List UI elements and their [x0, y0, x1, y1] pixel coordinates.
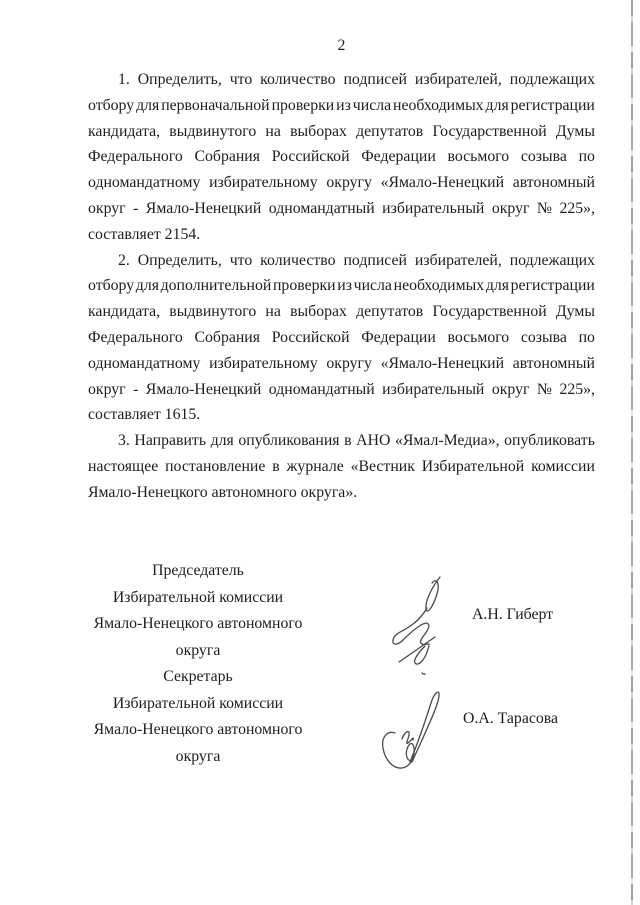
chairman-name: А.Н. Гиберт [472, 606, 553, 624]
text-line: 3.НаправитьдляопубликованиявАНО«Ямал-Мед… [88, 428, 595, 454]
paragraph-3: 3.НаправитьдляопубликованиявАНО«Ямал-Мед… [88, 428, 595, 505]
scanned-document-page: 2 1.Определить,чтоколичествоподписейизби… [0, 0, 640, 905]
text-line: одномандатномуизбирательномуокругу«Ямало… [88, 351, 595, 377]
paragraph-1: 1.Определить,чтоколичествоподписейизбира… [88, 67, 595, 248]
text-line: 2.Определить,чтоколичествоподписейизбира… [88, 248, 595, 274]
signature-title-line: Ямало-Ненецкого автономного округа [88, 611, 308, 664]
signature-title-line: Ямало-Ненецкого автономного округа [88, 717, 308, 770]
document-body: 1.Определить,чтоколичествоподписейизбира… [88, 67, 595, 506]
paragraph-2: 2.Определить,чтоколичествоподписейизбира… [88, 248, 595, 429]
page-number: 2 [88, 37, 595, 55]
text-line: ФедеральногоСобранияРоссийскойФедерациив… [88, 144, 595, 170]
text-line: округ-Ямало-Ненецкийодномандатныйизбират… [88, 377, 595, 403]
text-line: ФедеральногоСобранияРоссийскойФедерациив… [88, 325, 595, 351]
text-line: составляет 1615. [88, 402, 595, 428]
signature-title-line: Секретарь [88, 664, 308, 691]
signature-title-line: Избирательной комиссии [88, 585, 308, 612]
chairman-title-block: Председатель Избирательной комиссии Ямал… [88, 558, 308, 664]
text-line: округ-Ямало-Ненецкийодномандатныйизбират… [88, 196, 595, 222]
secretary-title-block: Секретарь Избирательной комиссии Ямало-Н… [88, 664, 308, 770]
text-line: настоящеепостановлениевжурнале«ВестникИз… [88, 454, 595, 480]
scan-edge-artifact [631, 0, 633, 905]
secretary-name: О.А. Тарасова [463, 710, 558, 728]
chairman-handwritten-signature [385, 574, 463, 679]
text-line: кандидата,выдвинутогонавыборахдепутатовГ… [88, 299, 595, 325]
signature-title-line: Избирательной комиссии [88, 691, 308, 718]
text-line: Ямало-Ненецкого автономного округа». [88, 480, 595, 506]
text-line: отборудлядополнительнойпроверкиизчислане… [88, 273, 595, 299]
signature-title-line: Председатель [88, 558, 308, 585]
text-line: одномандатномуизбирательномуокругу«Ямало… [88, 170, 595, 196]
text-line: составляет 2154. [88, 222, 595, 248]
text-line: отборудляпервоначальнойпроверкиизчислане… [88, 93, 595, 119]
secretary-handwritten-signature [379, 686, 451, 774]
text-line: кандидата,выдвинутогонавыборахдепутатовГ… [88, 119, 595, 145]
text-line: 1.Определить,чтоколичествоподписейизбира… [88, 67, 595, 93]
